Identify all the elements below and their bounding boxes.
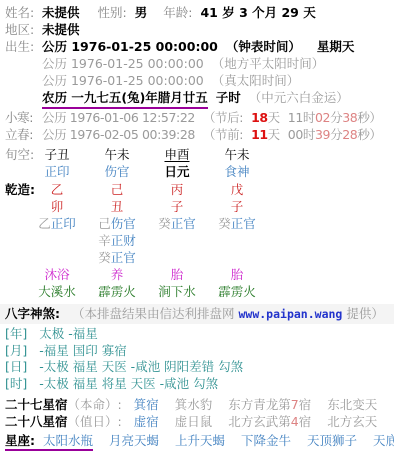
- lichun-row: 立春: 公历 1976-02-05 00:39:28 （节前: 11 天 00 …: [5, 126, 394, 143]
- xunkong-month: 午未: [87, 146, 147, 163]
- shensha-hour-row: [时] -太极 福星 将星 天医 -咸池 勾煞: [5, 376, 394, 393]
- mansions-27-pos-post: 宿: [299, 397, 312, 412]
- region-value: 未提供: [42, 21, 80, 38]
- xiaohan-minutes: 02: [315, 109, 330, 126]
- age-label: 年龄:: [163, 4, 192, 21]
- stem-year: 乙: [27, 181, 87, 198]
- xiaohan-date: 公历 1976-01-06 12:57:22: [42, 109, 195, 126]
- xiaohan-seconds: 38: [342, 109, 357, 126]
- shensha-year-row: [年] 太极 -福星: [5, 326, 394, 343]
- shensha-header: 八字神煞:: [5, 306, 60, 321]
- mansions-28-row: 二十八星宿（值日）: 虚宿 虚日鼠 北方玄武第4宿 北方玄天: [5, 413, 394, 430]
- xiaohan-open: （节后:: [203, 109, 243, 126]
- branch-hour: 子: [207, 198, 267, 215]
- stem-hour: 戊: [207, 181, 267, 198]
- birth-lunar-date: 农历 一九七五(兔)年腊月廿五: [42, 89, 208, 109]
- birth-true-solar-row: 公历 1976-01-25 00:00:00 （真太阳时间）: [5, 72, 394, 89]
- birth-clock-row: 出生: 公历 1976-01-25 00:00:00 （钟表时间） 星期天: [5, 38, 394, 55]
- mansions-27-xiu: 箕宿: [134, 397, 159, 412]
- changsheng-row: 沐浴 养 胎 胎: [5, 266, 394, 283]
- stems-row: 乾造: 乙 己 丙 戊: [5, 181, 394, 198]
- bazi-chart-page: 姓名: 未提供 性别: 男 年龄: 41 岁 3 个月 29 天 地区: 未提供…: [0, 0, 394, 449]
- shishen-day: 日元: [147, 163, 207, 180]
- birth-true-solar-date: 公历 1976-01-25 00:00:00: [42, 72, 204, 89]
- lichun-label: 立春:: [5, 126, 42, 143]
- xunkong-label: 旬空:: [5, 146, 42, 163]
- zodiac-descendant: 下降金牛: [241, 433, 291, 448]
- nayin-hour: 霹雳火: [207, 283, 267, 300]
- region-row: 地区: 未提供: [5, 21, 394, 38]
- shensha-day-items: -太极 福星 天医 -咸池 阴阳差错 勾煞: [39, 359, 243, 374]
- zodiac-underlined-group: 星座:太阳水瓶: [5, 433, 93, 451]
- shensha-year-items: 太极 -福星: [39, 326, 97, 341]
- zodiac-ascendant: 上升天蝎: [175, 433, 225, 448]
- birth-weekday: 星期天: [317, 38, 355, 55]
- lichun-days: 11: [251, 126, 268, 143]
- branch-month: 丑: [87, 198, 147, 215]
- branch-day: 子: [147, 198, 207, 215]
- mansions-28-pos-post: 宿: [299, 414, 312, 429]
- lichun-open: （节前:: [203, 126, 243, 143]
- qianzao-label: 乾造:: [5, 181, 35, 198]
- age-value: 41 岁 3 个月 29 天: [200, 4, 315, 21]
- credit-post: 提供）: [346, 306, 384, 321]
- birth-lunar-note: （中元六白金运）: [249, 89, 349, 109]
- name-label: 姓名:: [5, 4, 42, 21]
- paipan-link[interactable]: www.paipan.wang: [238, 307, 342, 321]
- nayin-month: 霹雳火: [87, 283, 147, 300]
- mansions-27-sky: 东北变天: [327, 397, 377, 412]
- lichun-minutes: 39: [315, 126, 330, 143]
- mansions-27-paren: （本命）:: [68, 397, 122, 412]
- shensha-day-tag: [日]: [5, 359, 27, 374]
- nayin-year: 大溪水: [27, 283, 87, 300]
- shensha-hour-tag: [时]: [5, 376, 27, 391]
- changsheng-year: 沐浴: [27, 266, 87, 283]
- hidden-stems-day: 癸正官: [147, 215, 207, 232]
- shensha-month-row: [月] -福星 国印 寡宿: [5, 343, 394, 360]
- mansions-27-row: 二十七星宿（本命）: 箕宿 箕水豹 东方青龙第7宿 东北变天: [5, 396, 394, 413]
- xiaohan-label: 小寒:: [5, 109, 42, 126]
- mansions-28-pos-pre: 北方玄武第: [228, 414, 291, 429]
- mansions-28-xiu: 虚宿: [134, 414, 159, 429]
- mansions-28-pos-num: 4: [291, 414, 299, 429]
- birth-label: 出生:: [5, 38, 42, 55]
- credit-pre: （本排盘结果由信达利排盘网: [72, 306, 235, 321]
- hidden-stems-month: 己伤官 辛正财 癸正官: [87, 215, 147, 266]
- nayin-day: 涧下水: [147, 283, 207, 300]
- birth-lunar-hour: 子时: [216, 89, 241, 109]
- region-label: 地区:: [5, 21, 42, 38]
- hidden-stems-row: 乙正印 己伤官 辛正财 癸正官 癸正官 癸正官: [5, 215, 394, 266]
- xiaohan-row: 小寒: 公历 1976-01-06 12:57:22 （节后: 18 天 11 …: [5, 109, 394, 126]
- name-value: 未提供: [42, 4, 80, 21]
- shishen-hour: 食神: [207, 163, 267, 180]
- mansions-27-title: 二十七星宿: [5, 397, 68, 412]
- birth-local-solar-note: （地方平太阳时间）: [212, 55, 325, 72]
- birth-local-solar-date: 公历 1976-01-25 00:00:00: [42, 55, 204, 72]
- branch-year: 卯: [27, 198, 87, 215]
- changsheng-day: 胎: [147, 266, 207, 283]
- mansions-28-paren: （值日）:: [68, 414, 122, 429]
- lichun-date: 公历 1976-02-05 00:39:28: [42, 126, 195, 143]
- mansions-28-sky: 北方玄天: [327, 414, 377, 429]
- xunkong-day: 申酉: [147, 146, 207, 163]
- shensha-header-strip: 八字神煞: （本排盘结果由信达利排盘网 www.paipan.wang 提供）: [0, 304, 394, 324]
- zodiac-moon: 月亮天蝎: [109, 433, 159, 448]
- hidden-stems-hour: 癸正官: [207, 215, 267, 232]
- mansions-27-pos-num: 7: [291, 397, 299, 412]
- zodiac-midheaven: 天顶狮子: [307, 433, 357, 448]
- shishen-row: 正印 伤官 日元 食神: [5, 163, 394, 180]
- shensha-month-items: -福星 国印 寡宿: [39, 343, 126, 358]
- shishen-year: 正印: [27, 163, 87, 180]
- hidden-stems-year: 乙正印: [27, 215, 87, 232]
- gender-value: 男: [135, 4, 148, 21]
- shensha-hour-items: -太极 福星 将星 天医 -咸池 勾煞: [39, 376, 218, 391]
- lichun-seconds: 28: [342, 126, 357, 143]
- shensha-year-tag: [年]: [5, 326, 27, 341]
- birth-clock-note: （钟表时间）: [226, 38, 301, 55]
- mansions-28-animal: 虚日鼠: [175, 414, 213, 429]
- mansions-27-animal: 箕水豹: [175, 397, 213, 412]
- stem-day: 丙: [147, 181, 207, 198]
- xunkong-hour: 午未: [207, 146, 267, 163]
- mansions-28-title: 二十八星宿: [5, 414, 68, 429]
- mansions-27-pos-pre: 东方青龙第: [228, 397, 291, 412]
- birth-true-solar-note: （真太阳时间）: [212, 72, 300, 89]
- nayin-row: 大溪水 霹雳火 涧下水 霹雳火: [5, 283, 394, 300]
- xiaohan-days: 18: [251, 109, 268, 126]
- zodiac-label: 星座:: [5, 433, 35, 448]
- shensha-day-row: [日] -太极 福星 天医 -咸池 阴阳差错 勾煞: [5, 359, 394, 376]
- shishen-month: 伤官: [87, 163, 147, 180]
- zodiac-sun: 太阳水瓶: [43, 433, 93, 448]
- gender-label: 性别:: [98, 4, 127, 21]
- zodiac-row: 星座:太阳水瓶 月亮天蝎 上升天蝎 下降金牛 天顶狮子 天底水瓶: [5, 432, 394, 449]
- name-row: 姓名: 未提供 性别: 男 年龄: 41 岁 3 个月 29 天: [5, 4, 394, 21]
- shensha-month-tag: [月]: [5, 343, 27, 358]
- changsheng-month: 养: [87, 266, 147, 283]
- stem-month: 己: [87, 181, 147, 198]
- birth-local-solar-row: 公历 1976-01-25 00:00:00 （地方平太阳时间）: [5, 55, 394, 72]
- birth-clock-date: 公历 1976-01-25 00:00:00: [42, 38, 218, 55]
- xunkong-row: 旬空: 子丑 午未 申酉 午未: [5, 146, 394, 163]
- branches-row: 卯 丑 子 子: [5, 198, 394, 215]
- zodiac-nadir: 天底水瓶: [373, 433, 394, 448]
- birth-lunar-row: 农历 一九七五(兔)年腊月廿五 子时 （中元六白金运）: [5, 89, 394, 109]
- changsheng-hour: 胎: [207, 266, 267, 283]
